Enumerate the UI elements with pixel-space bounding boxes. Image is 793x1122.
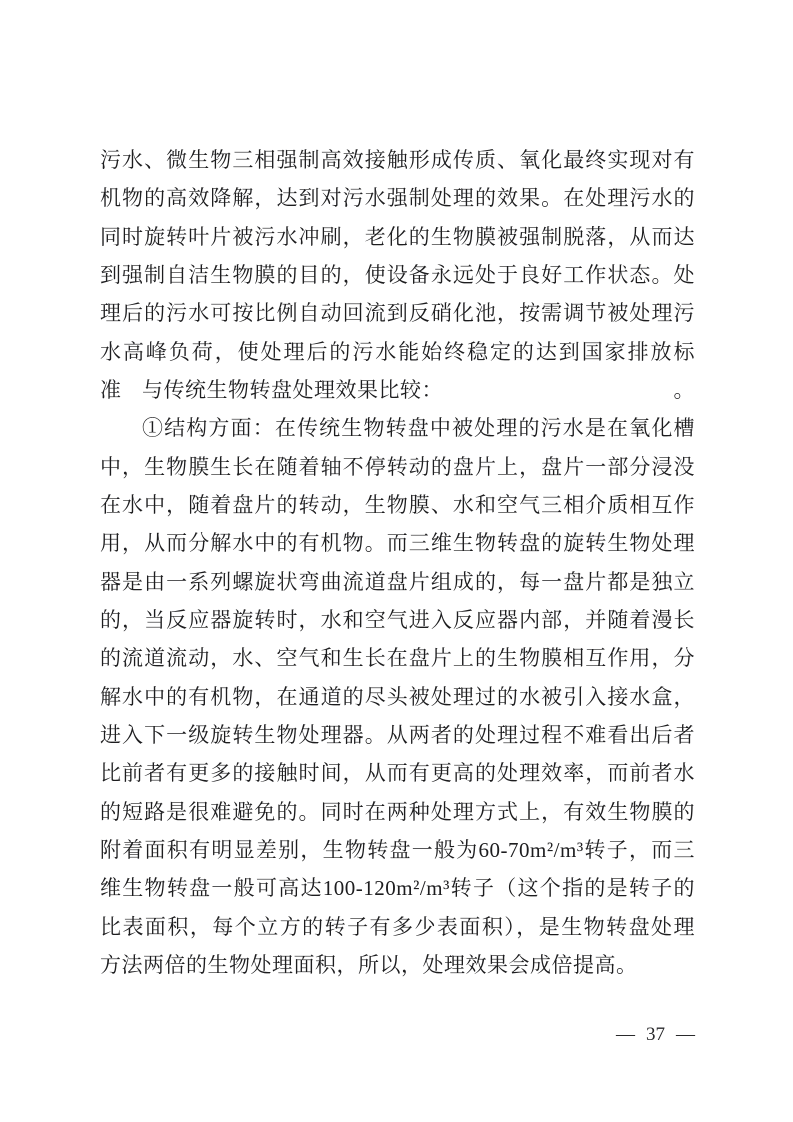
text-line: 在水中，随着盘片的转动，生物膜、水和空气三相介质相互作 <box>100 486 695 524</box>
text-line: 比表面积，每个立方的转子有多少表面积），是生物转盘处理 <box>100 908 695 946</box>
text-line: 用，从而分解水中的有机物。而三维生物转盘的旋转生物处理 <box>100 524 695 562</box>
text-line: 的短路是很难避免的。同时在两种处理方式上，有效生物膜的 <box>100 793 695 831</box>
text-line: 比前者有更多的接触时间，从而有更高的处理效率，而前者水 <box>100 754 695 792</box>
text-line: 水高峰负荷，使处理后的污水能始终稳定的达到国家排放标准。 <box>100 333 695 371</box>
text-line: 器是由一系列螺旋状弯曲流道盘片组成的，每一盘片都是独立 <box>100 563 695 601</box>
text-line: 到强制自洁生物膜的目的，使设备永远处于良好工作状态。处 <box>100 256 695 294</box>
text-line: 机物的高效降解，达到对污水强制处理的效果。在处理污水的 <box>100 179 695 217</box>
text-line: 污水、微生物三相强制高效接触形成传质、氧化最终实现对有 <box>100 141 695 179</box>
text-line: 解水中的有机物，在通道的尽头被处理过的水被引入接水盒， <box>100 678 695 716</box>
text-line: 的，当反应器旋转时，水和空气进入反应器内部，并随着漫长 <box>100 601 695 639</box>
footer-dash-left: — <box>616 1024 635 1045</box>
text-line: ①结构方面：在传统生物转盘中被处理的污水是在氧化槽 <box>100 409 695 447</box>
text-line: 附着面积有明显差别，生物转盘一般为60-70m²/m³转子，而三 <box>100 831 695 869</box>
text-line: 方法两倍的生物处理面积，所以，处理效果会成倍提高。 <box>100 946 695 984</box>
text-line: 进入下一级旋转生物处理器。从两者的处理过程不难看出后者 <box>100 716 695 754</box>
text-line: 同时旋转叶片被污水冲刷，老化的生物膜被强制脱落，从而达 <box>100 218 695 256</box>
text-line: 理后的污水可按比例自动回流到反硝化池，按需调节被处理污 <box>100 294 695 332</box>
text-line: 的流道流动，水、空气和生长在盘片上的生物膜相互作用，分 <box>100 639 695 677</box>
footer-dash-right: — <box>676 1024 695 1045</box>
text-line: 中，生物膜生长在随着轴不停转动的盘片上，盘片一部分浸没 <box>100 448 695 486</box>
page-footer: —37— <box>616 1024 695 1046</box>
document-page: 污水、微生物三相强制高效接触形成传质、氧化最终实现对有机物的高效降解，达到对污水… <box>0 0 793 1122</box>
body-text: 污水、微生物三相强制高效接触形成传质、氧化最终实现对有机物的高效降解，达到对污水… <box>100 141 695 984</box>
page-number: 37 <box>646 1024 665 1045</box>
text-line: 维生物转盘一般可高达100-120m²/m³转子（这个指的是转子的 <box>100 869 695 907</box>
